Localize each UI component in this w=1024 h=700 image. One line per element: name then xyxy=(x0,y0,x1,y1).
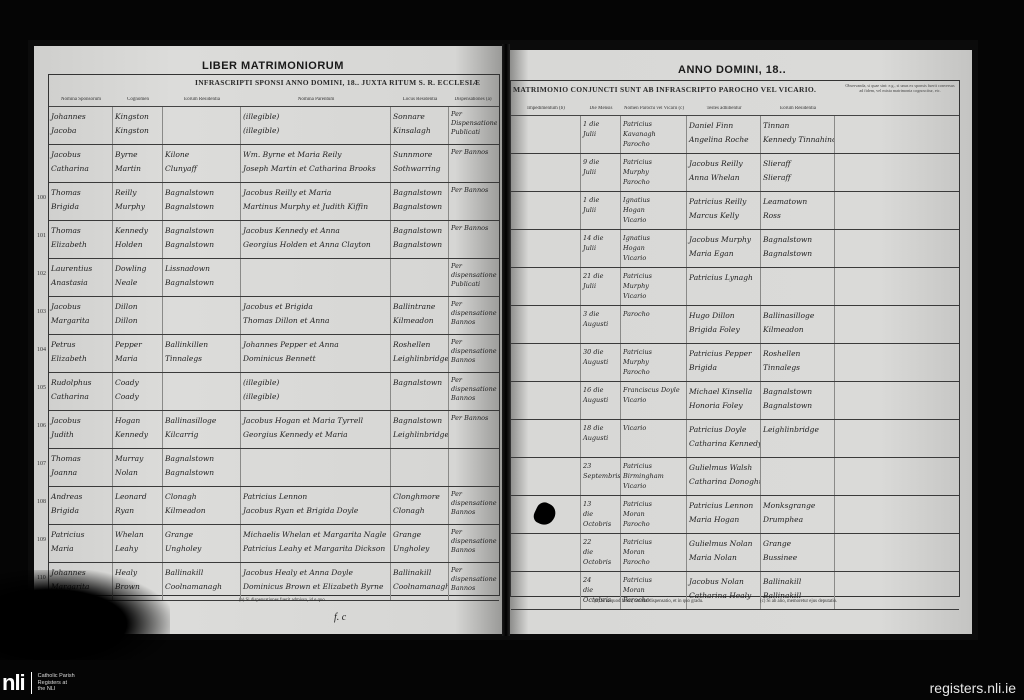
entry-number: 100 xyxy=(37,195,46,201)
cell-witnesses: Gulielmus WalshCatharina Donoghue xyxy=(687,458,761,495)
cell-witnesses: Gulielmus NolanMaria Nolan xyxy=(687,534,761,571)
witnesses-line: Patricius Doyle xyxy=(689,423,758,437)
cell-residence: TinnanKennedy Tinnahinch xyxy=(761,116,835,153)
cell-names: LaurentiusAnastasia xyxy=(49,259,113,296)
names-line: Laurentius xyxy=(51,262,110,276)
right-page: ANNO DOMINI, 18.. MATRIMONIO CONJUNCTI S… xyxy=(510,50,972,634)
cell-priest: PatriciusKavanaghParocho xyxy=(621,116,687,153)
witnesses-line: Marcus Kelly xyxy=(689,209,758,223)
priest-line: Murphy xyxy=(623,281,684,291)
table-row: 102LaurentiusAnastasiaDowlingNealeLissna… xyxy=(49,259,499,297)
cell-witnesses: Daniel FinnAngelina Roche xyxy=(687,116,761,153)
residence-line: Ballinkillen xyxy=(165,338,238,352)
cell-parents: Jacobus et BrigidaThomas Dillon et Anna xyxy=(241,297,391,334)
col-header: Eorum Residentia xyxy=(163,97,241,102)
surnames-line: Kingston xyxy=(115,124,160,138)
table-row: JohannesJacobaKingstonKingston(illegible… xyxy=(49,107,499,145)
residence-line: Tinnalegs xyxy=(165,352,238,366)
priest-line: Murphy xyxy=(623,167,684,177)
cell-surnames: LeonardRyan xyxy=(113,487,163,524)
residence-line: Bagnalstown xyxy=(165,186,238,200)
cell-names: PetrusElizabeth xyxy=(49,335,113,372)
cell-surnames: ReillyMurphy xyxy=(113,183,163,220)
cell-impediment xyxy=(511,572,581,609)
cell-locus: SunnmoreSothwarring xyxy=(391,145,449,182)
parents-line: Jacobus Kennedy et Anna xyxy=(243,224,388,238)
witnesses-line: Angelina Roche xyxy=(689,133,758,147)
residence-line: Bagnalstown xyxy=(165,466,238,480)
cell-witnesses: Patricius ReillyMarcus Kelly xyxy=(687,192,761,229)
entry-number: 108 xyxy=(37,499,46,505)
parents-line: Wm. Byrne et Maria Reily xyxy=(243,148,388,162)
cell-impediment xyxy=(511,154,581,191)
locus-line: Ungholey xyxy=(393,542,446,556)
cell-dispensation: Per dispensationem Bannos xyxy=(449,487,497,524)
names-line: Jacoba xyxy=(51,124,110,138)
right-footnote-b: (b) Si aliquod fuerit, notetur dispensat… xyxy=(594,599,703,604)
surnames-line: Reilly xyxy=(115,186,160,200)
residence-line: Ballinasilloge xyxy=(763,309,832,323)
cell-residence: GrangeBussinee xyxy=(761,534,835,571)
surnames-line: Byrne xyxy=(115,148,160,162)
cell-names: ThomasBrigida xyxy=(49,183,113,220)
residence-line: Bussinee xyxy=(763,551,832,565)
parents-line: Jacobus Hogan et Maria Tyrrell xyxy=(243,414,388,428)
cell-residence xyxy=(761,268,835,305)
residence-line: Kilmeadon xyxy=(763,323,832,337)
cell-residence: BagnalstownBagnalstown xyxy=(163,221,241,258)
cell-dispensation: Per dispensationem Bannos xyxy=(449,563,497,600)
right-page-title: ANNO DOMINI, 18.. xyxy=(678,64,786,76)
right-banner: MATRIMONIO CONJUNCTI SUNT AB INFRASCRIPT… xyxy=(513,85,816,94)
witnesses-line: Maria Egan xyxy=(689,247,758,261)
residence-line: Ballinakill xyxy=(165,566,238,580)
residence-line: Slieraff xyxy=(763,171,832,185)
parents-line: Joseph Martin et Catharina Brooks xyxy=(243,162,388,176)
parents-line: Jacobus Reilly et Maria xyxy=(243,186,388,200)
names-line: Elizabeth xyxy=(51,238,110,252)
names-line: Jacobus xyxy=(51,414,110,428)
right-footnote-c: (c) Si ab alio, memoretur ejus deputatio… xyxy=(760,599,837,604)
marriage-table-right: MATRIMONIO CONJUNCTI SUNT AB INFRASCRIPT… xyxy=(510,80,960,597)
table-row: 16 dieAugustiFranciscus DoyleVicarioMich… xyxy=(511,382,959,420)
right-column-headers: Impedimentum (b) Die Mensis Nomen Paroch… xyxy=(511,101,959,116)
right-rows: 1 dieJuliiPatriciusKavanaghParochoDaniel… xyxy=(511,116,959,610)
parents-line: (illegible) xyxy=(243,376,388,390)
cell-dispensation: Per dispensationem Bannos xyxy=(449,335,497,372)
cell-impediment xyxy=(511,116,581,153)
parents-line: Patricius Lennon xyxy=(243,490,388,504)
cell-observations xyxy=(835,382,955,419)
cell-locus: GrangeUngholey xyxy=(391,525,449,562)
table-row: 1 dieJuliiPatriciusKavanaghParochoDaniel… xyxy=(511,116,959,154)
cell-dispensation: Per Bannos xyxy=(449,145,497,182)
book-gutter xyxy=(502,44,510,636)
names-line: Anastasia xyxy=(51,276,110,290)
cell-observations xyxy=(835,230,955,267)
cell-residence: BallinasillogeKilmeadon xyxy=(761,306,835,343)
surnames-line: Coady xyxy=(115,376,160,390)
cell-locus: BallintraneKilmeadon xyxy=(391,297,449,334)
table-row: 30 dieAugustiPatriciusMurphyParochoPatri… xyxy=(511,344,959,382)
cell-residence: BallinakillCoolnamanagh xyxy=(163,563,241,600)
cell-names: ThomasJoanna xyxy=(49,449,113,486)
observations-note: Observanda, si quae sint: e.g., si unus … xyxy=(845,83,955,93)
locus-line: Sonnare xyxy=(393,110,446,124)
cell-residence xyxy=(761,458,835,495)
date-line: 13 xyxy=(583,499,618,509)
entry-number: 106 xyxy=(37,423,46,429)
locus-line: Kilmeadon xyxy=(393,314,446,328)
priest-line: Birmingham xyxy=(623,471,684,481)
cell-residence: BallinkillenTinnalegs xyxy=(163,335,241,372)
cell-dispensation: Per Dispensationem Publicati xyxy=(449,107,497,144)
residence-line: Ballinakill xyxy=(763,575,832,589)
priest-line: Hogan xyxy=(623,205,684,215)
cell-locus: RoshellenLeighlinbridge xyxy=(391,335,449,372)
names-line: Petrus xyxy=(51,338,110,352)
parents-line: Michaelis Whelan et Margarita Nagle xyxy=(243,528,388,542)
cell-observations xyxy=(835,572,955,609)
surnames-line: Hogan xyxy=(115,414,160,428)
cell-surnames: KingstonKingston xyxy=(113,107,163,144)
locus-line: Sothwarring xyxy=(393,162,446,176)
cell-witnesses: Jacobus ReillyAnna Whelan xyxy=(687,154,761,191)
priest-line: Patricius xyxy=(623,347,684,357)
cell-parents xyxy=(241,449,391,486)
cell-residence: Leighlinbridge xyxy=(761,420,835,457)
cell-impediment xyxy=(511,420,581,457)
residence-line: Grange xyxy=(165,528,238,542)
names-line: Thomas xyxy=(51,452,110,466)
cell-residence: KiloneClunyaff xyxy=(163,145,241,182)
residence-line: Roshellen xyxy=(763,347,832,361)
priest-line: Vicario xyxy=(623,423,684,433)
entry-number: 103 xyxy=(37,309,46,315)
cell-witnesses: Hugo DillonBrigida Foley xyxy=(687,306,761,343)
cell-parents: Jacobus Reilly et MariaMartinus Murphy e… xyxy=(241,183,391,220)
priest-line: Patricius xyxy=(623,157,684,167)
table-row: 109PatriciusMariaWhelanLeahyGrangeUnghol… xyxy=(49,525,499,563)
cell-priest: PatriciusMoranParocho xyxy=(621,534,687,571)
locus-line: Bagnalstown xyxy=(393,414,446,428)
cell-residence xyxy=(163,297,241,334)
date-line: Julii xyxy=(583,129,618,139)
parents-line: Johannes Pepper et Anna xyxy=(243,338,388,352)
witnesses-line: Maria Nolan xyxy=(689,551,758,565)
cell-priest: PatriciusBirminghamVicario xyxy=(621,458,687,495)
cell-impediment xyxy=(511,268,581,305)
names-line: Elizabeth xyxy=(51,352,110,366)
entry-number: 105 xyxy=(37,385,46,391)
cell-priest: Franciscus DoyleVicario xyxy=(621,382,687,419)
priest-line: Murphy xyxy=(623,357,684,367)
date-line: Octobris xyxy=(583,557,618,567)
surnames-line: Dowling xyxy=(115,262,160,276)
table-row: 22dieOctobrisPatriciusMoranParochoGuliel… xyxy=(511,534,959,572)
marriage-table-left: INFRASCRIPTI SPONSI ANNO DOMINI, 18.. JU… xyxy=(48,74,500,596)
table-row: 105RudolphusCatharinaCoadyCoady(illegibl… xyxy=(49,373,499,411)
date-line: Septembris xyxy=(583,471,618,481)
surnames-line: Leonard xyxy=(115,490,160,504)
surnames-line: Coady xyxy=(115,390,160,404)
cell-names: JacobusMargarita xyxy=(49,297,113,334)
locus-line: Bagnalstown xyxy=(393,186,446,200)
locus-line: Bagnalstown xyxy=(393,200,446,214)
cell-date: 16 dieAugusti xyxy=(581,382,621,419)
cell-residence xyxy=(163,107,241,144)
logo-text: Catholic Parish Registers at the NLI xyxy=(38,673,75,693)
priest-line: Patricius xyxy=(623,537,684,547)
witnesses-line: Honoria Foley xyxy=(689,399,758,413)
parents-line: Thomas Dillon et Anna xyxy=(243,314,388,328)
priest-line: Franciscus Doyle xyxy=(623,385,684,395)
witnesses-line: Patricius Reilly xyxy=(689,195,758,209)
cell-impediment xyxy=(511,344,581,381)
locus-line: Sunnmore xyxy=(393,148,446,162)
cell-locus: BagnalstownLeighlinbridge xyxy=(391,411,449,448)
residence-line: Tinnan xyxy=(763,119,832,133)
witnesses-line: Hugo Dillon xyxy=(689,309,758,323)
table-row: 104PetrusElizabethPepperMariaBallinkille… xyxy=(49,335,499,373)
cell-names: AndreasBrigida xyxy=(49,487,113,524)
surnames-line: Murphy xyxy=(115,200,160,214)
cell-names: JacobusJudith xyxy=(49,411,113,448)
locus-line: Ballintrane xyxy=(393,300,446,314)
surnames-line: Ryan xyxy=(115,504,160,518)
witnesses-line: Maria Hogan xyxy=(689,513,758,527)
names-line: Brigida xyxy=(51,200,110,214)
cell-impediment xyxy=(511,306,581,343)
residence-line: Slieraff xyxy=(763,157,832,171)
surnames-line: Whelan xyxy=(115,528,160,542)
cell-priest: PatriciusMurphyParocho xyxy=(621,344,687,381)
cell-surnames: DillonDillon xyxy=(113,297,163,334)
names-line: Thomas xyxy=(51,186,110,200)
witnesses-line: Anna Whelan xyxy=(689,171,758,185)
left-rows: JohannesJacobaKingstonKingston(illegible… xyxy=(49,107,499,601)
left-footnote: (a) Si dispensationes fuerit admissa, id… xyxy=(239,598,326,603)
page-shadow xyxy=(0,570,170,660)
cell-priest: Vicario xyxy=(621,420,687,457)
residence-line: Kilmeadon xyxy=(165,504,238,518)
table-row: 100ThomasBrigidaReillyMurphyBagnalstownB… xyxy=(49,183,499,221)
cell-surnames: HoganKennedy xyxy=(113,411,163,448)
table-row: 108AndreasBrigidaLeonardRyanClonaghKilme… xyxy=(49,487,499,525)
parents-line: Dominicus Brown et Elizabeth Byrne xyxy=(243,580,388,594)
cell-observations xyxy=(835,192,955,229)
left-page: LIBER MATRIMONIORUM INFRASCRIPTI SPONSI … xyxy=(34,46,502,634)
residence-line: Bagnalstown xyxy=(763,399,832,413)
priest-line: Ignatius xyxy=(623,195,684,205)
cell-parents xyxy=(241,259,391,296)
table-row: 23SeptembrisPatriciusBirminghamVicarioGu… xyxy=(511,458,959,496)
entry-number: 104 xyxy=(37,347,46,353)
table-row: 103JacobusMargaritaDillonDillonJacobus e… xyxy=(49,297,499,335)
parents-line: Dominicus Bennett xyxy=(243,352,388,366)
cell-observations xyxy=(835,116,955,153)
residence-line: Bagnalstown xyxy=(165,276,238,290)
table-row: 101ThomasElizabethKennedyHoldenBagnalsto… xyxy=(49,221,499,259)
surnames-line: Dillon xyxy=(115,300,160,314)
locus-line: Grange xyxy=(393,528,446,542)
date-line: die xyxy=(583,585,618,595)
surnames-line: Martin xyxy=(115,162,160,176)
locus-line: Leighlinbridge xyxy=(393,352,446,366)
cell-residence: LeamatownRoss xyxy=(761,192,835,229)
names-line: Andreas xyxy=(51,490,110,504)
cell-observations xyxy=(835,268,955,305)
parents-line: Patricius Leahy et Margarita Dickson xyxy=(243,542,388,556)
cell-date: 23Septembris xyxy=(581,458,621,495)
entry-number: 109 xyxy=(37,537,46,543)
surnames-line: Holden xyxy=(115,238,160,252)
residence-line: Clunyaff xyxy=(165,162,238,176)
cell-locus: Bagnalstown xyxy=(391,373,449,410)
cell-witnesses: Patricius DoyleCatharina Kennedy xyxy=(687,420,761,457)
table-row: 9 dieJuliiPatriciusMurphyParochoJacobus … xyxy=(511,154,959,192)
date-line: 22 xyxy=(583,537,618,547)
table-row: 24dieOctobrisPatriciusMoranParochoJacobu… xyxy=(511,572,959,610)
parents-line: Martinus Murphy et Judith Kiffin xyxy=(243,200,388,214)
cell-date: 1 dieJulii xyxy=(581,116,621,153)
cell-locus: SonnareKinsalagh xyxy=(391,107,449,144)
priest-line: Parocho xyxy=(623,177,684,187)
cell-locus: BagnalstownBagnalstown xyxy=(391,221,449,258)
priest-line: Patricius xyxy=(623,461,684,471)
witnesses-line: Patricius Lennon xyxy=(689,499,758,513)
surnames-line: Kennedy xyxy=(115,224,160,238)
cell-residence: BagnalstownBagnalstown xyxy=(761,382,835,419)
nli-logo: nli Catholic Parish Registers at the NLI xyxy=(2,672,75,694)
cell-priest: Parocho xyxy=(621,306,687,343)
surnames-line: Nolan xyxy=(115,466,160,480)
witnesses-line: Patricius Lynagh xyxy=(689,271,758,285)
cell-parents: Jacobus Healy et Anna DoyleDominicus Bro… xyxy=(241,563,391,600)
cell-date: 13dieOctobris xyxy=(581,496,621,533)
priest-line: Parocho xyxy=(623,519,684,529)
witnesses-line: Catharina Kennedy xyxy=(689,437,758,451)
date-line: Octobris xyxy=(583,519,618,529)
cell-parents: (illegible)(illegible) xyxy=(241,107,391,144)
cell-residence: ClonaghKilmeadon xyxy=(163,487,241,524)
col-header: Impedimentum (b) xyxy=(511,106,581,111)
locus-line: Leighlinbridge xyxy=(393,428,446,442)
left-column-headers: Nomina Sponsorum Cognomen Eorum Resident… xyxy=(49,92,499,107)
surnames-line: Leahy xyxy=(115,542,160,556)
priest-line: Patricius xyxy=(623,271,684,281)
cell-observations xyxy=(835,458,955,495)
cell-dispensation: Per dispensationem Publicati xyxy=(449,259,497,296)
cell-priest: PatriciusMurphyVicario xyxy=(621,268,687,305)
date-line: 1 die xyxy=(583,119,618,129)
surnames-line: Murray xyxy=(115,452,160,466)
left-page-title: LIBER MATRIMONIORUM xyxy=(202,60,344,72)
table-row: 14 dieJuliiIgnatiusHoganVicarioJacobus M… xyxy=(511,230,959,268)
locus-line: Coolnamanagh xyxy=(393,580,446,594)
priest-line: Vicario xyxy=(623,253,684,263)
cell-date: 14 dieJulii xyxy=(581,230,621,267)
priest-line: Hogan xyxy=(623,243,684,253)
priest-line: Moran xyxy=(623,585,684,595)
surnames-line: Kingston xyxy=(115,110,160,124)
date-line: 16 die xyxy=(583,385,618,395)
residence-line: Ungholey xyxy=(165,542,238,556)
cell-dispensation xyxy=(449,449,497,486)
residence-line: Bagnalstown xyxy=(165,200,238,214)
cell-date: 21 dieJulii xyxy=(581,268,621,305)
date-line: 3 die xyxy=(583,309,618,319)
cell-locus: ClonghmoreClonagh xyxy=(391,487,449,524)
witnesses-line: Jacobus Murphy xyxy=(689,233,758,247)
names-line: Maria xyxy=(51,542,110,556)
cell-witnesses: Patricius PepperBrigida xyxy=(687,344,761,381)
table-row: 13dieOctobrisPatriciusMoranParochoPatric… xyxy=(511,496,959,534)
cell-parents: Wm. Byrne et Maria ReilyJoseph Martin et… xyxy=(241,145,391,182)
date-line: Julii xyxy=(583,205,618,215)
priest-line: Parocho xyxy=(623,557,684,567)
residence-line: Bagnalstown xyxy=(763,385,832,399)
table-row: JacobusCatharinaByrneMartinKiloneClunyaf… xyxy=(49,145,499,183)
table-row: 106JacobusJudithHoganKennedyBallinasillo… xyxy=(49,411,499,449)
surnames-line: Kennedy xyxy=(115,428,160,442)
date-line: 14 die xyxy=(583,233,618,243)
cell-surnames: KennedyHolden xyxy=(113,221,163,258)
cell-names: JohannesJacoba xyxy=(49,107,113,144)
locus-line: Bagnalstown xyxy=(393,376,446,390)
date-line: Julii xyxy=(583,281,618,291)
cell-names: ThomasElizabeth xyxy=(49,221,113,258)
cell-surnames: PepperMaria xyxy=(113,335,163,372)
residence-line: Kilone xyxy=(165,148,238,162)
residence-line: Tinnalegs xyxy=(763,361,832,375)
residence-line: Bagnalstown xyxy=(165,452,238,466)
names-line: Thomas xyxy=(51,224,110,238)
cell-locus xyxy=(391,259,449,296)
cell-surnames: DowlingNeale xyxy=(113,259,163,296)
cell-observations xyxy=(835,496,955,533)
col-header: Eorum Residentia xyxy=(761,106,835,111)
residence-line: Lissnadown xyxy=(165,262,238,276)
cell-locus: BallinakillCoolnamanagh xyxy=(391,563,449,600)
cell-dispensation: Per Bannos xyxy=(449,221,497,258)
cell-impediment xyxy=(511,458,581,495)
residence-line: Clonagh xyxy=(165,490,238,504)
names-line: Margarita xyxy=(51,314,110,328)
priest-line: Parocho xyxy=(623,309,684,319)
locus-line: Ballinakill xyxy=(393,566,446,580)
cell-residence: GrangeUngholey xyxy=(163,525,241,562)
date-line: Augusti xyxy=(583,433,618,443)
cell-names: RudolphusCatharina xyxy=(49,373,113,410)
date-line: die xyxy=(583,509,618,519)
cell-dispensation: Per dispensationem Bannos xyxy=(449,373,497,410)
entry-number: 107 xyxy=(37,461,46,467)
cell-residence xyxy=(163,373,241,410)
entry-number: 102 xyxy=(37,271,46,277)
cell-date: 1 dieJulii xyxy=(581,192,621,229)
date-line: Julii xyxy=(583,243,618,253)
parents-line: Jacobus et Brigida xyxy=(243,300,388,314)
date-line: Augusti xyxy=(583,319,618,329)
table-row: 1 dieJuliiIgnatiusHoganVicarioPatricius … xyxy=(511,192,959,230)
date-line: Julii xyxy=(583,167,618,177)
image-viewer: LIBER MATRIMONIORUM INFRASCRIPTI SPONSI … xyxy=(0,0,1024,700)
date-line: Augusti xyxy=(583,395,618,405)
priest-line: Vicario xyxy=(623,395,684,405)
cell-observations xyxy=(835,420,955,457)
cell-parents: (illegible)(illegible) xyxy=(241,373,391,410)
